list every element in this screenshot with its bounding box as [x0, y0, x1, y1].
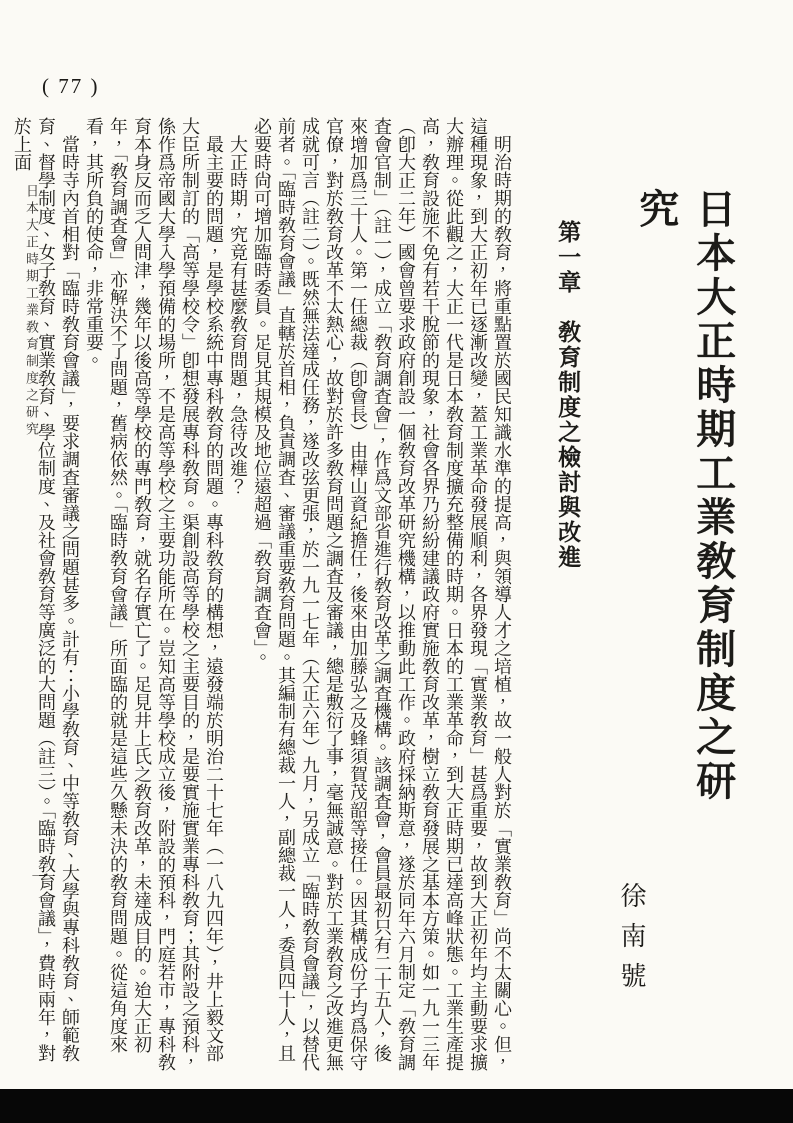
article-title: 日本大正時期工業敎育制度之研究 [628, 188, 742, 838]
paragraph-1: 明治時期的敎育，將重點置於國民知識水準的提高，與領導人才之培植，故一般人對於「實… [250, 117, 514, 1075]
article-author: 徐南號 [613, 882, 650, 1022]
page-number-top: ( 77 ) [42, 74, 100, 99]
chapter-heading: 第一章 敎育制度之檢討與改進 [551, 220, 584, 590]
body-text: 明治時期的敎育，將重點置於國民知識水準的提高，與領導人才之培植，故一般人對於「實… [56, 117, 514, 1075]
scan-artifact-bar [0, 1089, 793, 1123]
scanned-page: ( 77 ) 日本大正時期工業敎育制度之研究 一 日本大正時期工業敎育制度之研究… [0, 0, 793, 1123]
paragraph-4: 當時寺內首相對「臨時敎育會議」，要求調査審議之問題甚多。計有：小學敎育、中等敎育… [10, 117, 82, 1075]
paragraph-2: 大正時期，究竟有甚麼敎育問題，急待改進？ [226, 117, 250, 1075]
paragraph-3: 最主要的問題，是學校系統中專科敎育的問題。專科敎育的構想，遠發端於明治二十七年（… [82, 117, 226, 1075]
